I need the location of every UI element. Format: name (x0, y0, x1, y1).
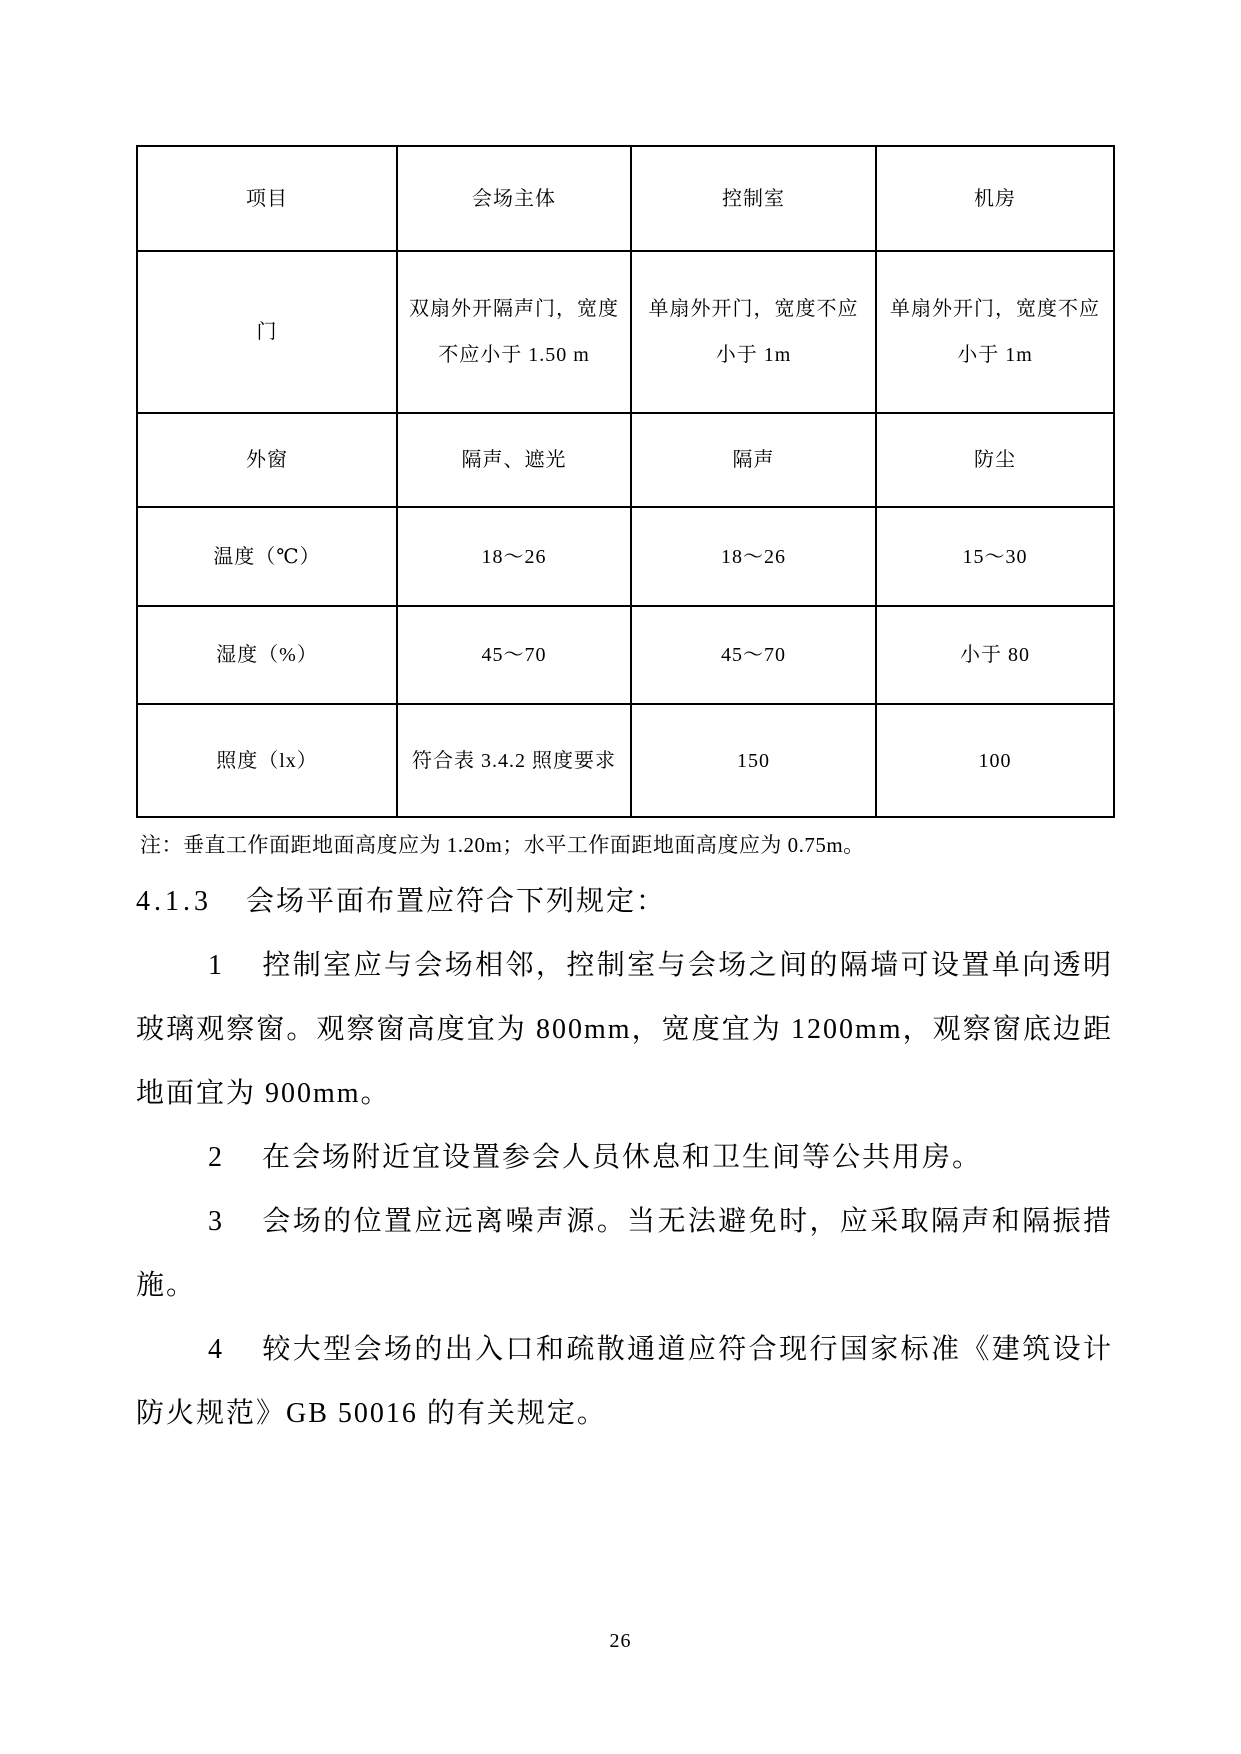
clause-text: 在会场附近宜设置参会人员休息和卫生间等公共用房。 (262, 1142, 982, 1173)
spec-table: 项目 会场主体 控制室 机房 门 双扇外开隔声门，宽度不应小于 1.50 m 单… (136, 145, 1115, 818)
col-header-control-room: 控制室 (631, 146, 876, 251)
document-page: 项目 会场主体 控制室 机房 门 双扇外开隔声门，宽度不应小于 1.50 m 单… (0, 0, 1241, 1754)
table-cell: 隔声、遮光 (397, 413, 631, 507)
col-header-main-hall: 会场主体 (397, 146, 631, 251)
clause-number: 4 (208, 1334, 224, 1365)
row-label-window: 外窗 (137, 413, 397, 507)
clause-paragraph-2: 2在会场附近宜设置参会人员休息和卫生间等公共用房。 (136, 1126, 1113, 1190)
table-row-temperature: 温度（℃） 18～26 18～26 15～30 (137, 507, 1114, 606)
col-header-item: 项目 (137, 146, 397, 251)
table-note: 注：垂直工作面距地面高度应为 1.20m；水平工作面距地面高度应为 0.75m。 (140, 830, 1113, 860)
table-row-door: 门 双扇外开隔声门，宽度不应小于 1.50 m 单扇外开门，宽度不应小于 1m … (137, 251, 1114, 413)
row-label-temperature: 温度（℃） (137, 507, 397, 606)
page-number: 26 (0, 1630, 1241, 1653)
row-label-door: 门 (137, 251, 397, 413)
clause-text: 控制室应与会场相邻，控制室与会场之间的隔墙可设置单向透明玻璃观察窗。观察窗高度宜… (136, 950, 1113, 1109)
section-heading: 4.1.3会场平面布置应符合下列规定： (136, 870, 1113, 934)
table-cell: 18～26 (397, 507, 631, 606)
section-number: 4.1.3 (136, 886, 212, 917)
table-cell: 单扇外开门，宽度不应小于 1m (876, 251, 1114, 413)
clause-paragraph-1: 1控制室应与会场相邻，控制室与会场之间的隔墙可设置单向透明玻璃观察窗。观察窗高度… (136, 934, 1113, 1126)
table-cell: 45～70 (631, 606, 876, 704)
table-cell: 150 (631, 704, 876, 817)
table-cell: 隔声 (631, 413, 876, 507)
table-row-window: 外窗 隔声、遮光 隔声 防尘 (137, 413, 1114, 507)
table-cell: 100 (876, 704, 1114, 817)
table-header-row: 项目 会场主体 控制室 机房 (137, 146, 1114, 251)
table-cell: 45～70 (397, 606, 631, 704)
col-header-machine-room: 机房 (876, 146, 1114, 251)
clause-text: 较大型会场的出入口和疏散通道应符合现行国家标准《建筑设计防火规范》GB 5001… (136, 1334, 1113, 1429)
table-cell: 小于 80 (876, 606, 1114, 704)
row-label-illuminance: 照度（lx） (137, 704, 397, 817)
section-title: 会场平面布置应符合下列规定： (246, 886, 666, 917)
clause-number: 1 (208, 950, 224, 981)
table-cell: 双扇外开隔声门，宽度不应小于 1.50 m (397, 251, 631, 413)
table-cell: 15～30 (876, 507, 1114, 606)
clause-number: 2 (208, 1142, 224, 1173)
clause-number: 3 (208, 1206, 224, 1237)
table-row-humidity: 湿度（%） 45～70 45～70 小于 80 (137, 606, 1114, 704)
table-cell: 符合表 3.4.2 照度要求 (397, 704, 631, 817)
table-row-illuminance: 照度（lx） 符合表 3.4.2 照度要求 150 100 (137, 704, 1114, 817)
row-label-humidity: 湿度（%） (137, 606, 397, 704)
table-cell: 18～26 (631, 507, 876, 606)
clause-paragraph-3: 3会场的位置应远离噪声源。当无法避免时，应采取隔声和隔振措施。 (136, 1190, 1113, 1318)
clause-paragraph-4: 4较大型会场的出入口和疏散通道应符合现行国家标准《建筑设计防火规范》GB 500… (136, 1318, 1113, 1446)
table-cell: 防尘 (876, 413, 1114, 507)
table-cell: 单扇外开门，宽度不应小于 1m (631, 251, 876, 413)
clause-text: 会场的位置应远离噪声源。当无法避免时，应采取隔声和隔振措施。 (136, 1206, 1113, 1301)
